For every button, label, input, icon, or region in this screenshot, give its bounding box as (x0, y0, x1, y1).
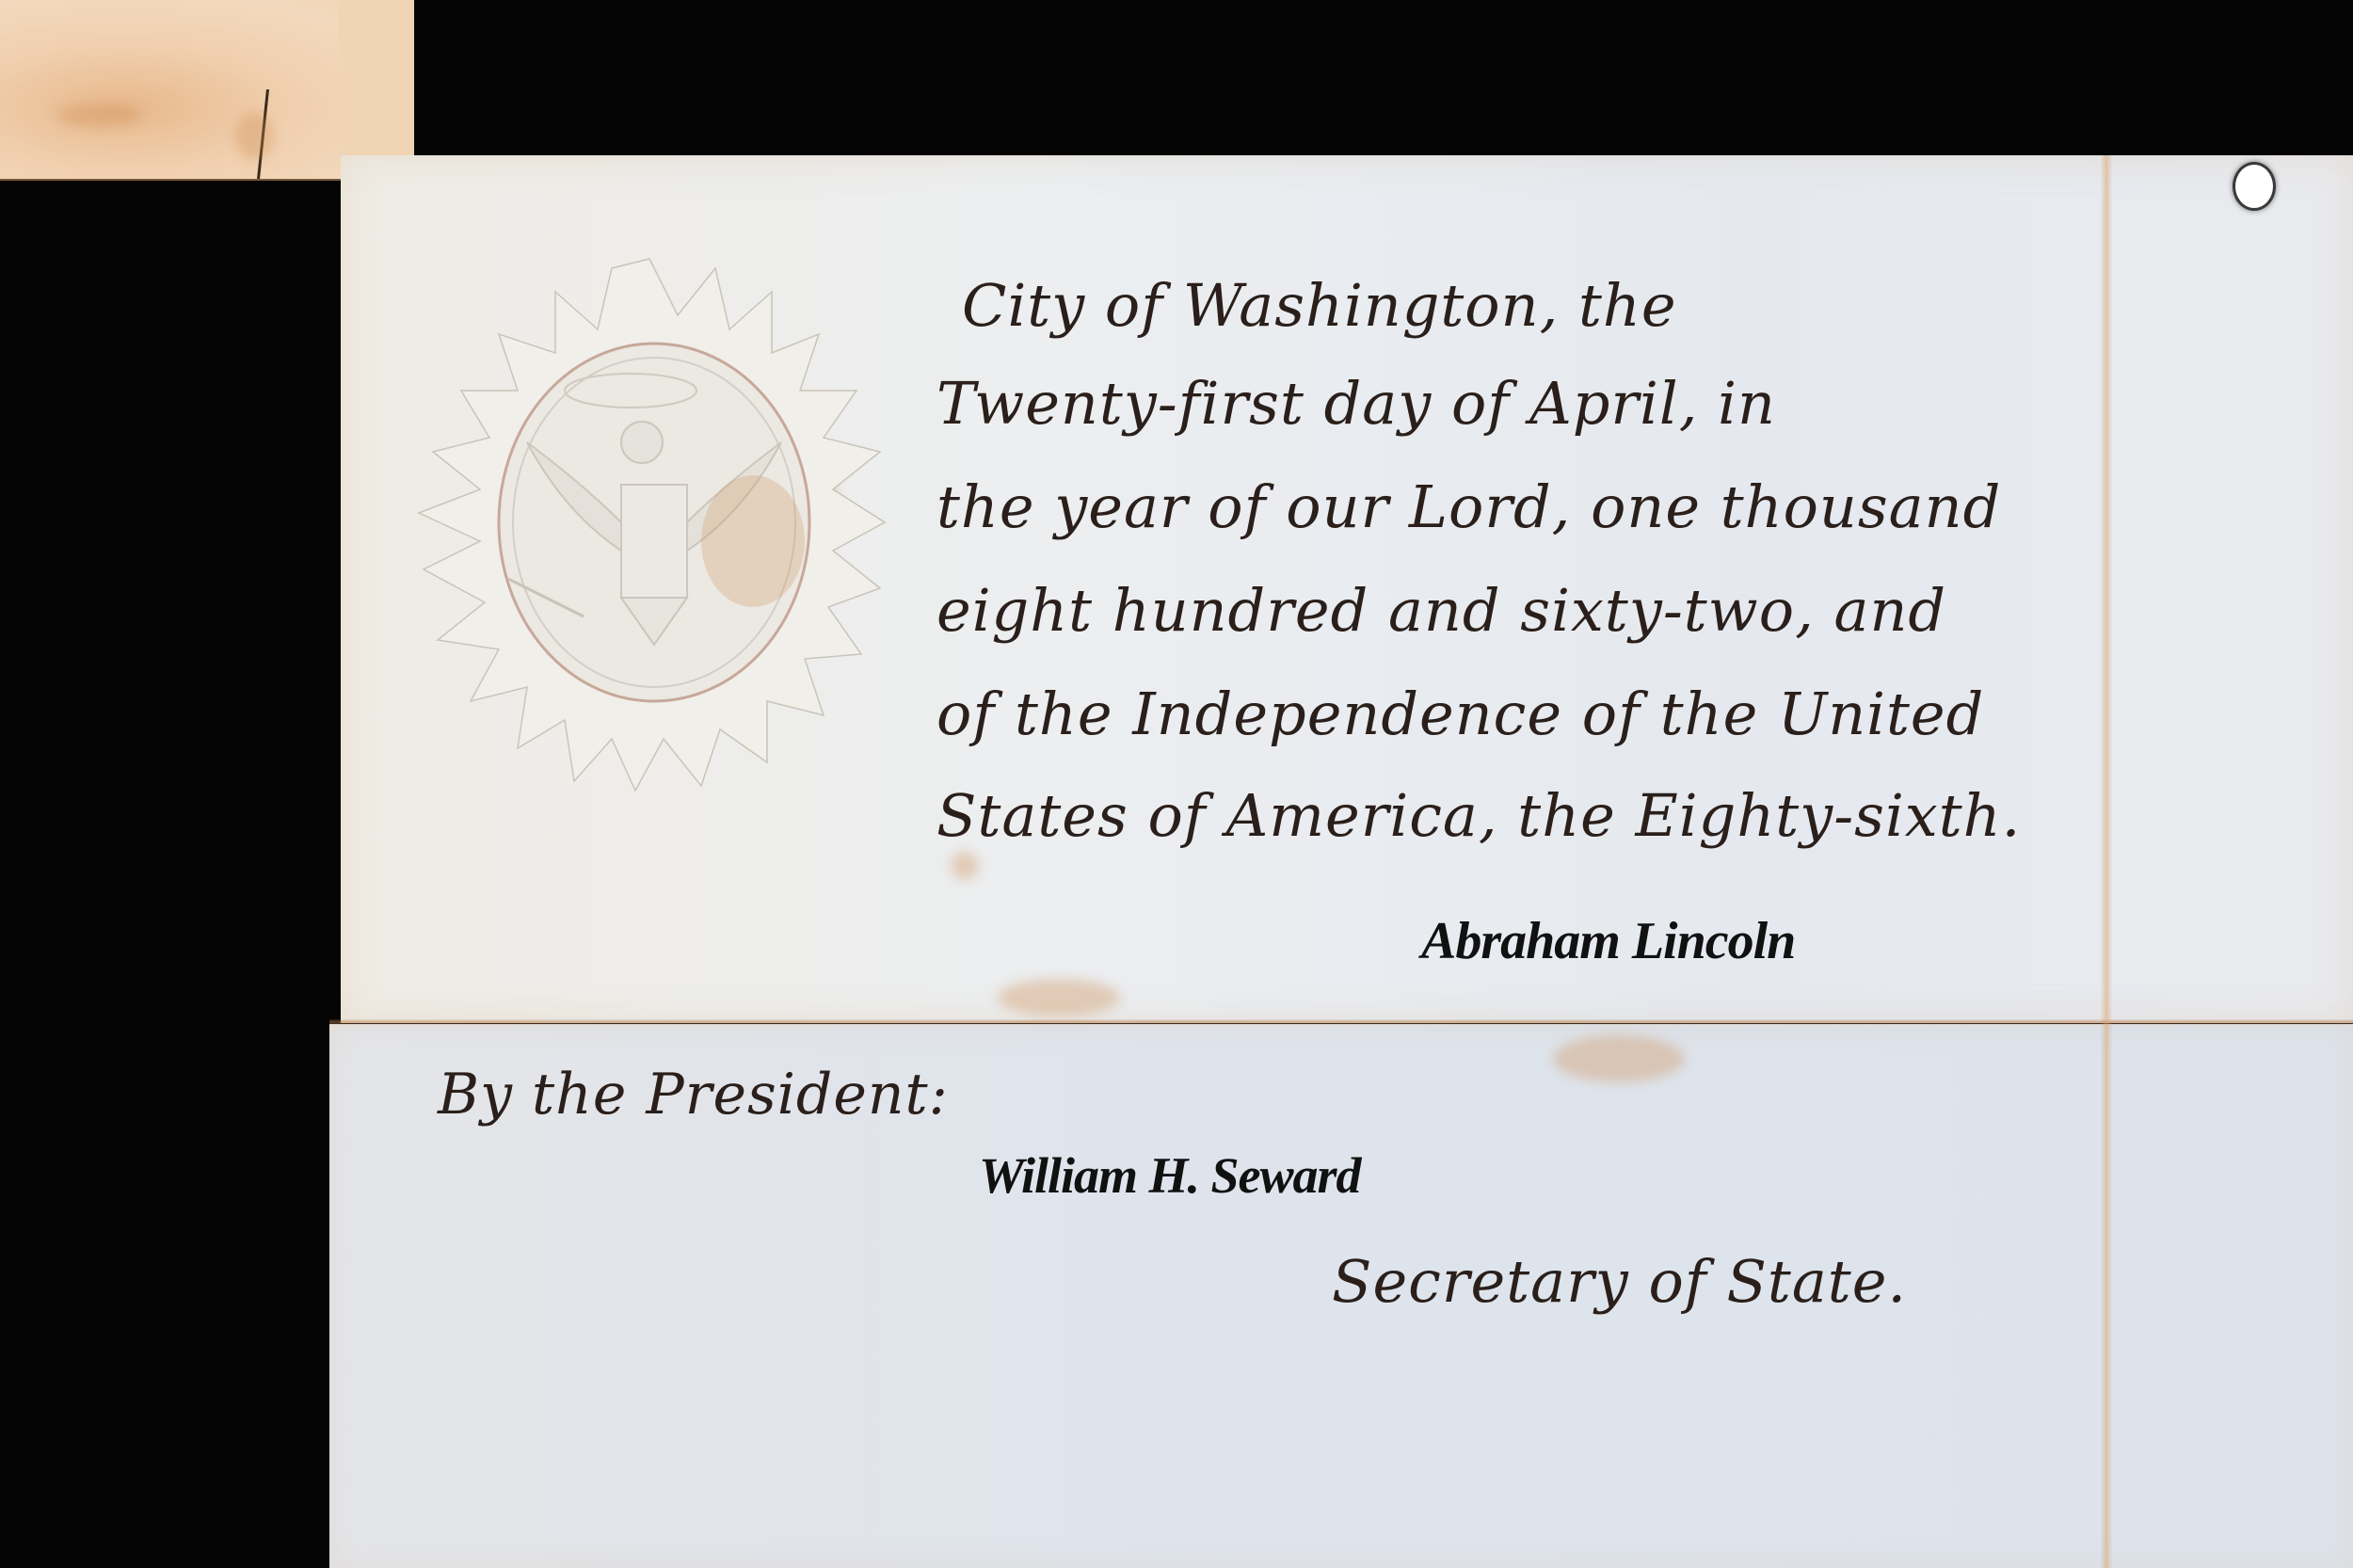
attestation-label: By the President: (438, 1062, 949, 1128)
rust-stain (56, 104, 141, 127)
dateline-line-5: of the Independence of the United (936, 680, 1984, 748)
dateline-line-6: States of America, the Eighty-sixth. (936, 781, 2021, 850)
vertical-fold-line (2101, 155, 2112, 1568)
aged-paper-strip-upper (339, 0, 414, 155)
secretary-title: Secretary of State. (1332, 1247, 1907, 1316)
rust-stain (235, 113, 273, 160)
rust-stain (1553, 1035, 1685, 1082)
president-signature: Abraham Lincoln (1421, 911, 1795, 971)
dateline-line-3: the year of our Lord, one thousand (936, 472, 2001, 541)
horizontal-fold-line (329, 1019, 2353, 1025)
rust-stain (951, 852, 979, 880)
eagle-seal-icon (395, 240, 904, 805)
dateline-line-4: eight hundred and sixty-two, and (936, 576, 1946, 645)
dateline-line-2: Twenty-first day of April, in (936, 369, 1776, 438)
dateline-line-1: City of Washington, the (962, 271, 1677, 340)
hole-punch (2233, 162, 2276, 211)
rust-stain (998, 979, 1120, 1016)
secretary-signature: William H. Seward (979, 1146, 1361, 1205)
